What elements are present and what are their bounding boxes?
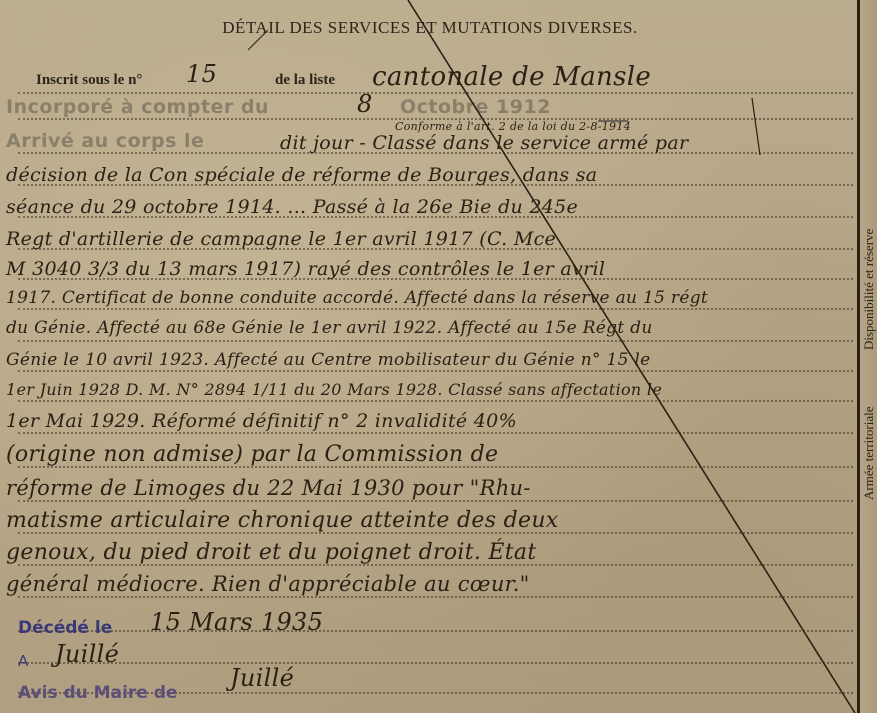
ruled-line <box>18 630 853 632</box>
liste-value: cantonale de Mansle <box>372 62 651 92</box>
entry-line: général médiocre. Rien d'appréciable au … <box>6 572 530 596</box>
deces-lieu-label: A <box>18 652 28 670</box>
entry-line: dit jour - Classé dans le service armé p… <box>280 132 688 154</box>
ruled-line <box>18 662 853 664</box>
incorpore-day: 8 <box>357 90 373 118</box>
arrive-label: Arrivé au corps le <box>6 130 204 152</box>
entry-line: Génie le 10 avril 1923. Affecté au Centr… <box>6 350 651 370</box>
entry-line: (origine non admise) par la Commission d… <box>6 442 498 467</box>
register-page: DÉTAIL DES SERVICES ET MUTATIONS DIVERSE… <box>0 0 877 713</box>
entry-line: matisme articulaire chronique atteinte d… <box>6 508 559 533</box>
side-column: Disponibilité et réserve Armée territori… <box>860 0 877 713</box>
ruled-line <box>18 308 853 310</box>
entry-line: séance du 29 octobre 1914. ... Passé à l… <box>6 196 578 218</box>
entry-line: 1er Mai 1929. Réformé définitif n° 2 inv… <box>6 410 517 432</box>
inscrit-number: 15 <box>186 60 217 88</box>
incorpore-label: Incorporé à compter du <box>6 96 269 118</box>
entry-line: 1er Juin 1928 D. M. N° 2894 1/11 du 20 M… <box>6 380 662 399</box>
entry-line: 1917. Certificat de bonne conduite accor… <box>6 288 708 308</box>
ruled-line <box>18 92 853 94</box>
entry-line: décision de la Con spéciale de réforme d… <box>6 164 597 186</box>
ruled-line <box>18 432 853 434</box>
ink-mark <box>598 120 628 122</box>
entry-line: genoux, du pied droit et du poignet droi… <box>6 540 537 565</box>
liste-label: de la liste <box>275 72 335 89</box>
ruled-line <box>18 596 853 598</box>
side-text-armee-territoriale: Armée territoriale <box>861 407 877 500</box>
incorpore-month-year: Octobre 1912 <box>400 96 551 118</box>
avis-maire-label: Avis du Maire de <box>18 683 177 703</box>
page-title: DÉTAIL DES SERVICES ET MUTATIONS DIVERSE… <box>0 18 860 38</box>
deces-label: Décédé le <box>18 618 112 638</box>
ruled-line <box>18 500 853 502</box>
ruled-line <box>18 400 853 402</box>
avis-maire-value: Juillé <box>230 664 294 692</box>
deces-lieu: Juillé <box>55 640 119 668</box>
entry-line: M 3040 3/3 du 13 mars 1917) rayé des con… <box>6 258 605 280</box>
entry-line: réforme de Limoges du 22 Mai 1930 pour "… <box>6 476 531 500</box>
entry-line: du Génie. Affecté au 68e Génie le 1er av… <box>6 318 653 338</box>
entry-line: Regt d'artillerie de campagne le 1er avr… <box>6 228 556 250</box>
inscrit-label: Inscrit sous le n° <box>36 72 142 89</box>
side-text-disponibilite: Disponibilité et réserve <box>861 229 877 350</box>
deces-date: 15 Mars 1935 <box>150 608 323 636</box>
ruled-line <box>18 340 853 342</box>
ruled-line <box>18 370 853 372</box>
